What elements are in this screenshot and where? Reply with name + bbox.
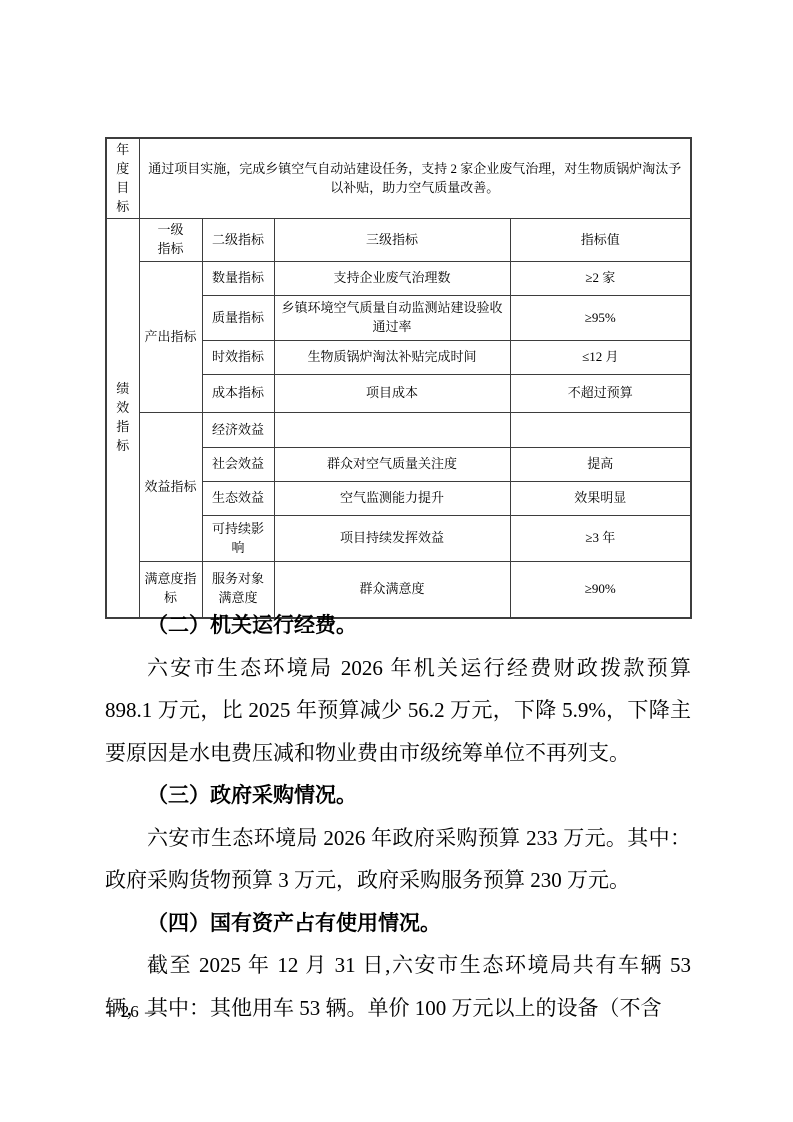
- l2-cell: 生态效益: [202, 482, 274, 516]
- group-benefit-cell: 效益指标: [139, 413, 202, 562]
- year-goal-label-cell: 年 度 目 标: [106, 138, 139, 219]
- l3-cell: 生物质锅炉淘汰补贴完成时间: [274, 341, 510, 375]
- l2-cell: 时效指标: [202, 341, 274, 375]
- value-cell: ≤12 月: [510, 341, 691, 375]
- table-header-row: 绩 效 指 标 一级 指标 二级指标 三级指标 指标值: [106, 219, 691, 262]
- table-row: 效益指标 经济效益: [106, 413, 691, 448]
- l2-cell: 成本指标: [202, 375, 274, 413]
- value-cell: ≥95%: [510, 296, 691, 341]
- l2-cell: 经济效益: [202, 413, 274, 448]
- value-cell: [510, 413, 691, 448]
- header-value-cell: 指标值: [510, 219, 691, 262]
- section-paragraph-2: 六安市生态环境局 2026 年机关运行经费财政拨款预算 898.1 万元，比 2…: [105, 647, 691, 775]
- page-number: – 26 –: [106, 1002, 155, 1022]
- table-row-year-goal: 年 度 目 标 通过项目实施，完成乡镇空气自动站建设任务，支持 2 家企业废气治…: [106, 138, 691, 219]
- body-text: （二）机关运行经费。 六安市生态环境局 2026 年机关运行经费财政拨款预算 8…: [105, 604, 691, 1029]
- l3-cell: 群众对空气质量关注度: [274, 448, 510, 482]
- l3-cell: 项目成本: [274, 375, 510, 413]
- performance-label-cell: 绩 效 指 标: [106, 219, 139, 618]
- table-row: 产出指标 数量指标 支持企业废气治理数 ≥2 家: [106, 262, 691, 296]
- header-level2-cell: 二级指标: [202, 219, 274, 262]
- value-cell: 提高: [510, 448, 691, 482]
- year-goal-text-cell: 通过项目实施，完成乡镇空气自动站建设任务，支持 2 家企业废气治理，对生物质锅炉…: [139, 138, 691, 219]
- l3-cell: [274, 413, 510, 448]
- section-paragraph-4: 截至 2025 年 12 月 31 日,六安市生态环境局共有车辆 53 辆，其中…: [105, 944, 691, 1029]
- section-heading-3: （三）政府采购情况。: [105, 774, 691, 817]
- l2-cell: 社会效益: [202, 448, 274, 482]
- l3-cell: 乡镇环境空气质量自动监测站建设验收通过率: [274, 296, 510, 341]
- l2-cell: 数量指标: [202, 262, 274, 296]
- value-cell: 不超过预算: [510, 375, 691, 413]
- l2-cell: 质量指标: [202, 296, 274, 341]
- value-cell: ≥2 家: [510, 262, 691, 296]
- header-level1-cell: 一级 指标: [139, 219, 202, 262]
- document-page: 年 度 目 标 通过项目实施，完成乡镇空气自动站建设任务，支持 2 家企业废气治…: [0, 0, 793, 1122]
- l3-cell: 项目持续发挥效益: [274, 516, 510, 562]
- header-level3-cell: 三级指标: [274, 219, 510, 262]
- section-paragraph-3: 六安市生态环境局 2026 年政府采购预算 233 万元。其中：政府采购货物预算…: [105, 817, 691, 902]
- value-cell: 效果明显: [510, 482, 691, 516]
- l3-cell: 支持企业废气治理数: [274, 262, 510, 296]
- l2-cell: 可持续影响: [202, 516, 274, 562]
- performance-indicator-table: 年 度 目 标 通过项目实施，完成乡镇空气自动站建设任务，支持 2 家企业废气治…: [105, 137, 692, 619]
- l3-cell: 空气监测能力提升: [274, 482, 510, 516]
- section-heading-4: （四）国有资产占有使用情况。: [105, 902, 691, 945]
- group-output-cell: 产出指标: [139, 262, 202, 413]
- section-heading-2: （二）机关运行经费。: [105, 604, 691, 647]
- value-cell: ≥3 年: [510, 516, 691, 562]
